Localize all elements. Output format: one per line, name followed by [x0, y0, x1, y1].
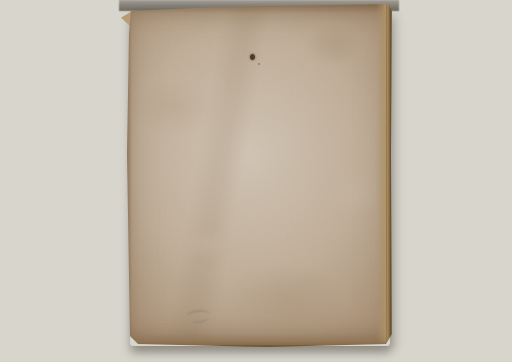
- pencil-smudge: [182, 307, 218, 327]
- stacked-pages-fore-edge: [376, 4, 392, 347]
- page-left-edge-shading: [126, 4, 132, 347]
- photo-backdrop: [0, 0, 512, 362]
- booklet-blank-page: [126, 4, 392, 347]
- paper-stains: [126, 4, 392, 347]
- ink-spot: [250, 54, 255, 60]
